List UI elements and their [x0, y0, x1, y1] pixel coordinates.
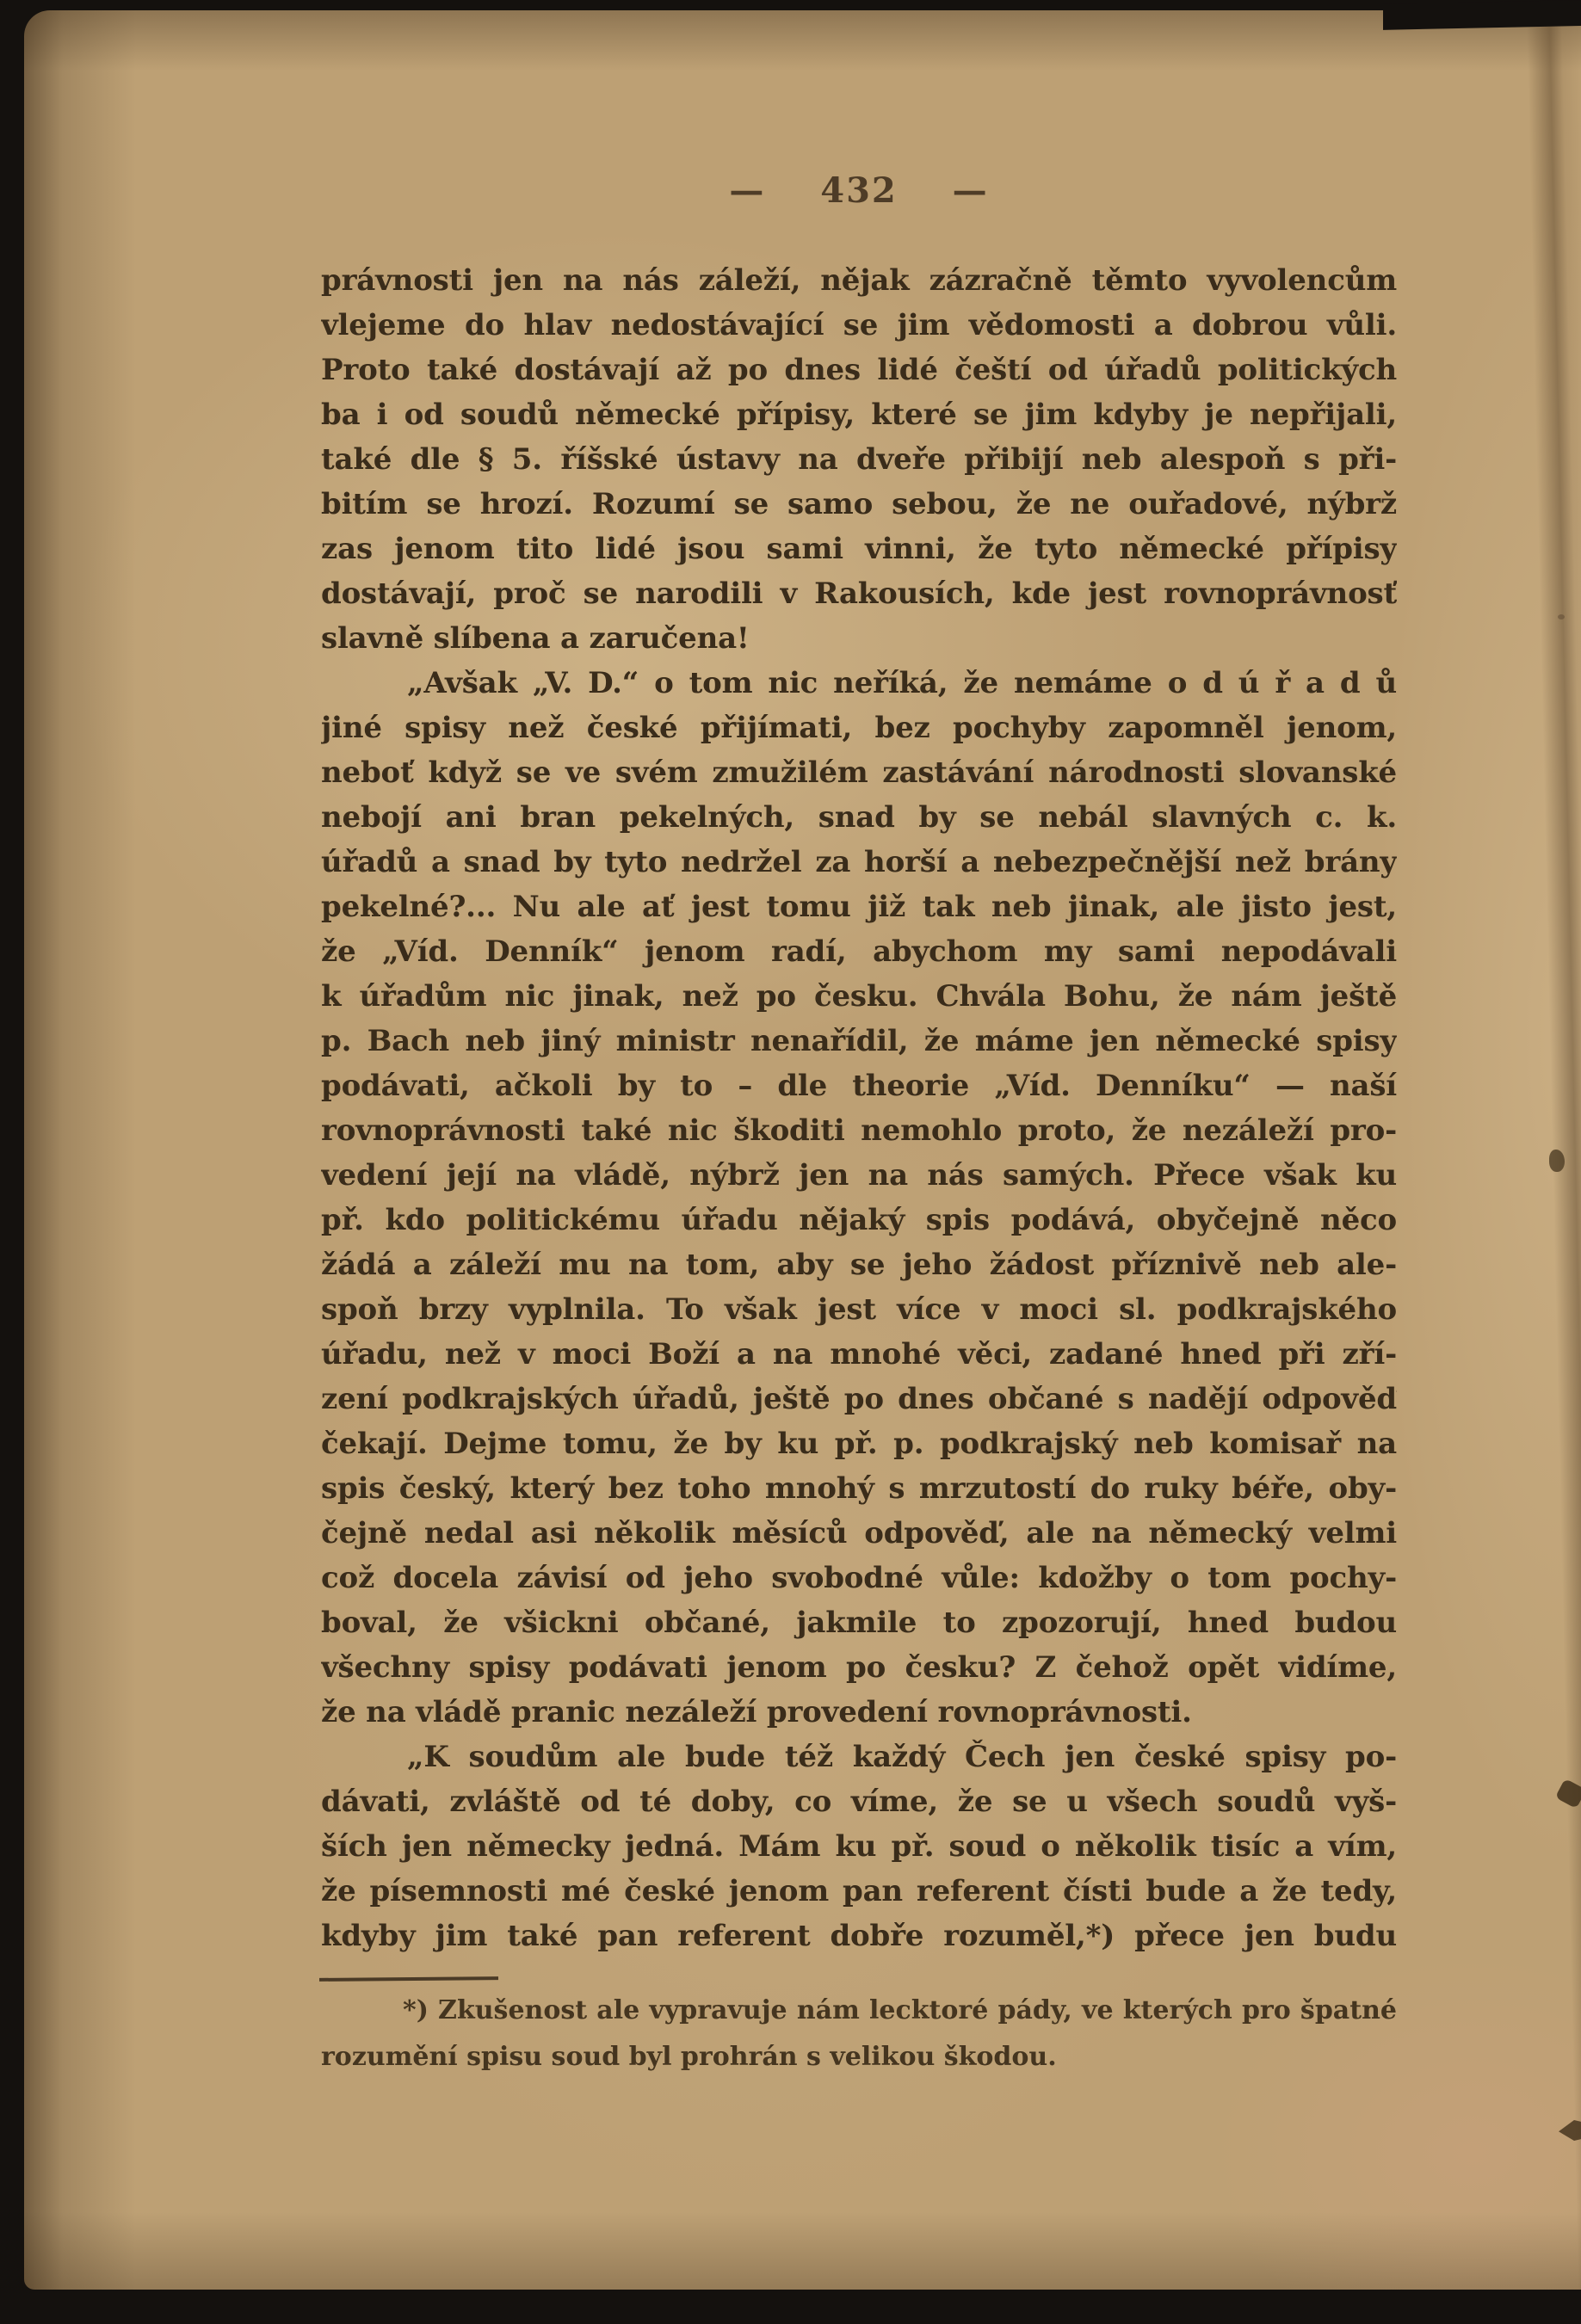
text-line: slavně slíbena a zaručena!	[321, 616, 1397, 661]
text-line: kdyby jim také pan referent dobře rozumě…	[321, 1914, 1397, 1958]
main-text-block: právnosti jen na nás záleží, nějak zázra…	[321, 258, 1397, 1958]
text-line: že „Víd. Denník“ jenom radí, abychom my …	[321, 929, 1397, 974]
ink-blot	[1559, 2120, 1581, 2141]
text-line: že na vládě pranic nezáleží provedení ro…	[321, 1690, 1397, 1735]
text-line: jiné spisy než české přijímati, bez poch…	[321, 706, 1397, 750]
text-line: žádá a záleží mu na tom, aby se jeho žád…	[321, 1242, 1397, 1287]
text-line: k úřadům nic jinak, než po česku. Chvála…	[321, 974, 1397, 1019]
text-line: pekelné?... Nu ale ať jest tomu již tak …	[321, 885, 1397, 929]
text-line: zení podkrajských úřadů, ještě po dnes o…	[321, 1377, 1397, 1421]
scan-corner-shadow	[1383, 0, 1581, 30]
text-line: zas jenom tito lidé jsou sami vinni, že …	[321, 527, 1397, 571]
footnote-separator-rule	[319, 1976, 498, 1982]
text-line: právnosti jen na nás záleží, nějak zázra…	[321, 258, 1397, 303]
text-line: bitím se hrozí. Rozumí se samo sebou, že…	[321, 482, 1397, 527]
ink-blot	[1549, 1150, 1565, 1172]
book-page-scan: — 432 — právnosti jen na nás záleží, něj…	[0, 0, 1581, 2324]
text-line: vlejeme do hlav nedostávající se jim věd…	[321, 303, 1397, 348]
text-line: vedení její na vládě, nýbrž jen na nás s…	[321, 1153, 1397, 1198]
text-line: spis český, který bez toho mnohý s mrzut…	[321, 1466, 1397, 1511]
footnote-line: rozumění spisu soud byl prohrán s veliko…	[321, 2034, 1397, 2081]
text-line: úřadů a snad by tyto nedržel za horší a …	[321, 840, 1397, 885]
ink-blot	[1555, 1778, 1581, 1809]
text-line: že písemnosti mé české jenom pan referen…	[321, 1869, 1397, 1914]
paper-speck	[1558, 614, 1565, 620]
text-line: čejně nedal asi několik měsíců odpověď, …	[321, 1511, 1397, 1556]
text-line: spoň brzy vyplnila. To však jest více v …	[321, 1287, 1397, 1332]
page-paper: — 432 — právnosti jen na nás záleží, něj…	[24, 10, 1581, 2290]
text-line: boval, že všickni občané, jakmile to zpo…	[321, 1600, 1397, 1645]
text-line: ba i od soudů německé přípisy, které se …	[321, 392, 1397, 437]
text-line: „Avšak „V. D.“ o tom nic neříká, že nemá…	[321, 661, 1397, 706]
footnote-line: *) Zkušenost ale vypravuje nám lecktoré …	[321, 1988, 1397, 2034]
text-line: Proto také dostávají až po dnes lidé češ…	[321, 348, 1397, 392]
footnote-block: *) Zkušenost ale vypravuje nám lecktoré …	[321, 1988, 1397, 2081]
text-line: p. Bach neb jiný ministr nenařídil, že m…	[321, 1019, 1397, 1063]
text-line: také dle § 5. říšské ústavy na dveře při…	[321, 437, 1397, 482]
text-line: rovnoprávnosti také nic škoditi nemohlo …	[321, 1108, 1397, 1153]
text-line: úřadu, než v moci Boží a na mnohé věci, …	[321, 1332, 1397, 1377]
page-number: — 432 —	[321, 170, 1397, 211]
text-line: čekají. Dejme tomu, že by ku př. p. podk…	[321, 1421, 1397, 1466]
text-line: nebojí ani bran pekelných, snad by se ne…	[321, 795, 1397, 840]
text-line: všechny spisy podávati jenom po česku? Z…	[321, 1645, 1397, 1690]
text-line: př. kdo politickému úřadu nějaký spis po…	[321, 1198, 1397, 1242]
text-line: podávati, ačkoli by to – dle theorie „Ví…	[321, 1063, 1397, 1108]
text-line: neboť když se ve svém zmužilém zastávání…	[321, 750, 1397, 795]
page-crease	[1498, 10, 1581, 2290]
text-line: „K soudům ale bude též každý Čech jen če…	[321, 1735, 1397, 1779]
text-line: dostávají, proč se narodili v Rakousích,…	[321, 571, 1397, 616]
text-line: dávati, zvláště od té doby, co víme, že …	[321, 1779, 1397, 1824]
text-line: ších jen německy jedná. Mám ku př. soud …	[321, 1824, 1397, 1869]
text-line: což docela závisí od jeho svobodné vůle:…	[321, 1556, 1397, 1600]
